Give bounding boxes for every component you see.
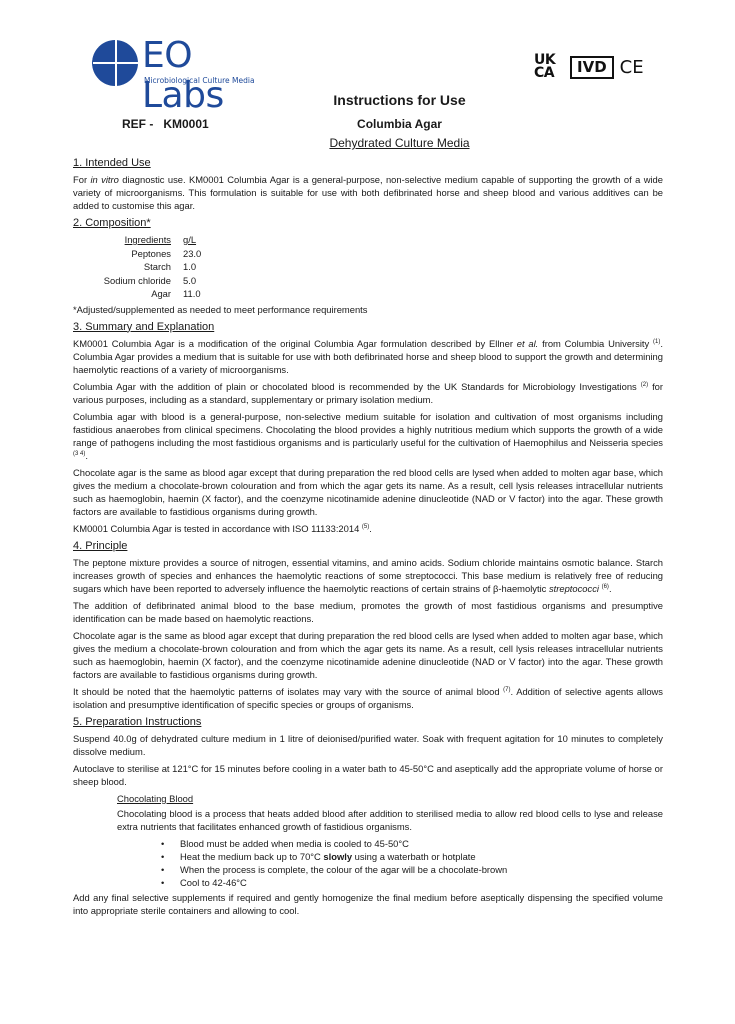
composition-table: Ingredients g/L Peptones 23.0 Starch 1.0…: [73, 233, 663, 301]
section-heading-summary: 3. Summary and Explanation: [73, 320, 663, 334]
chocolating-steps-list: Blood must be added when media is cooled…: [117, 837, 663, 889]
composition-row: Starch 1.0: [73, 260, 663, 274]
list-item: When the process is complete, the colour…: [161, 863, 663, 876]
regulatory-marks: UK CA IVD CE: [534, 50, 644, 84]
composition-header-row: Ingredients g/L: [73, 233, 663, 247]
summary-paragraph: Chocolate agar is the same as blood agar…: [73, 466, 663, 518]
document-title: Instructions for Use: [0, 92, 735, 108]
section-heading-principle: 4. Principle: [73, 539, 663, 553]
chocolating-heading: Chocolating Blood: [117, 792, 663, 805]
intended-use-text: For in vitro diagnostic use. KM0001 Colu…: [73, 173, 663, 212]
chocolating-blood-subsection: Chocolating Blood Chocolating blood is a…: [117, 792, 663, 833]
eo-labs-logo: EO Labs Microbiological Culture Media: [88, 38, 258, 90]
list-item: Heat the medium back up to 70°C slowly u…: [161, 850, 663, 863]
summary-paragraph: Columbia Agar with the addition of plain…: [73, 380, 663, 406]
composition-row: Sodium chloride 5.0: [73, 274, 663, 288]
summary-paragraph: Columbia agar with blood is a general-pu…: [73, 410, 663, 462]
composition-row: Peptones 23.0: [73, 247, 663, 261]
product-name: Columbia Agar: [0, 117, 735, 131]
ce-mark-icon: CE: [620, 57, 644, 78]
principle-paragraph: Chocolate agar is the same as blood agar…: [73, 629, 663, 681]
summary-paragraph: KM0001 Columbia Agar is a modification o…: [73, 337, 663, 376]
principle-paragraph: It should be noted that the haemolytic p…: [73, 685, 663, 711]
principle-paragraph: The peptone mixture provides a source of…: [73, 556, 663, 595]
product-type: Dehydrated Culture Media: [0, 136, 735, 150]
section-heading-preparation: 5. Preparation Instructions: [73, 715, 663, 729]
chocolating-text: Chocolating blood is a process that heat…: [117, 807, 663, 833]
document-body: 1. Intended Use For in vitro diagnostic …: [73, 156, 663, 921]
preparation-paragraph: Add any final selective supplements if r…: [73, 891, 663, 917]
list-item: Cool to 42-46°C: [161, 876, 663, 889]
ivd-mark-icon: IVD: [570, 56, 614, 79]
section-heading-composition: 2. Composition*: [73, 216, 663, 230]
composition-footnote: *Adjusted/supplemented as needed to meet…: [73, 303, 663, 316]
section-heading-intended-use: 1. Intended Use: [73, 156, 663, 170]
document-page: EO Labs Microbiological Culture Media UK…: [0, 0, 735, 1024]
preparation-paragraph: Suspend 40.0g of dehydrated culture medi…: [73, 732, 663, 758]
list-item: Blood must be added when media is cooled…: [161, 837, 663, 850]
composition-row: Agar 11.0: [73, 287, 663, 301]
principle-paragraph: The addition of defibrinated animal bloo…: [73, 599, 663, 625]
preparation-paragraph: Autoclave to sterilise at 121°C for 15 m…: [73, 762, 663, 788]
brand-tagline: Microbiological Culture Media: [144, 76, 255, 85]
summary-paragraph: KM0001 Columbia Agar is tested in accord…: [73, 522, 663, 535]
ukca-mark-icon: UK CA: [534, 54, 564, 80]
globe-logo-icon: [88, 38, 138, 88]
